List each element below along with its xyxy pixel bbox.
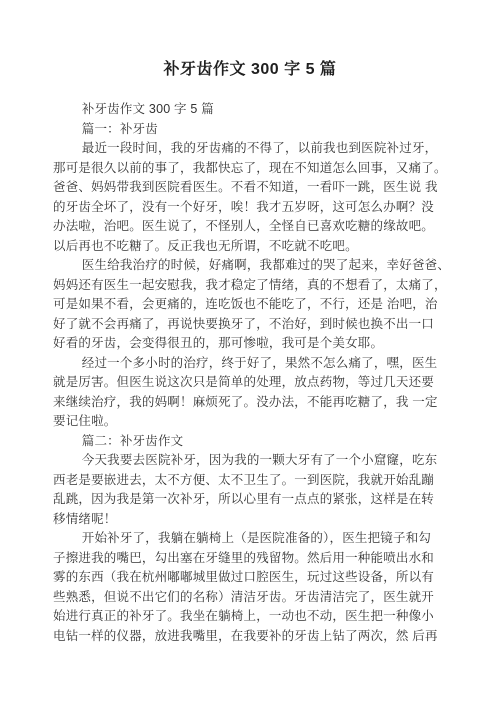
essay-line: 来继续治疗，我的妈啊！麻烦死了。没办法，不能再吃糖了，我 一定 (53, 393, 432, 413)
essay-line: 就是厉害。但医生说这次只是简单的处理，放点药物，等过几天还要 (53, 373, 432, 393)
essay-line: 乱跳，因为我是第一次补牙，所以心里有一点点的紧张，这样是在转 (53, 490, 432, 510)
essay-line: 子擦进我的嘴巴，勾出塞在牙缝里的残留物。然后用一种能喷出水和 (53, 549, 432, 569)
essay-line: 今天我要去医院补牙，因为我的一颗大牙有了一个小窟窿，吃东 (53, 451, 432, 471)
essay-line: 始进行真正的补牙了。我坐在躺椅上，一动也不动，医生把一种像小 (53, 607, 432, 627)
essay-line: 经过一个多小时的治疗，终于好了，果然不怎么痛了，嘿，医生 (53, 354, 432, 374)
essay-line: 好了就不会再痛了，再说快要换牙了，不治好，到时候也换不出一口 (53, 315, 432, 335)
essay-line: 可是如果不看，会更痛的，连吃饭也不能吃了，不行，还是 治吧，治 (53, 295, 432, 315)
essay-line: 爸爸、妈妈带我到医院看医生。不看不知道，一看吓一跳，医生说 我 (53, 178, 432, 198)
essay-line: 补牙齿作文 300 字 5 篇 (53, 100, 432, 120)
essay-line: 那可是很久以前的事了，我都快忘了，现在不知道怎么回事，又痛了。 (53, 159, 432, 179)
essay-line: 的牙齿全坏了，没有一个好牙，唉！我才五岁呀，这可怎么办啊？没 (53, 198, 432, 218)
essay-line: 篇二：补牙齿作文 (53, 432, 432, 452)
essay-line: 办法啦，治吧。医生说了，不怪别人，全怪自已喜欢吃糖的缘故吧。 (53, 217, 432, 237)
essay-line: 些熟悉，但说不出它们的名称）清洁牙齿。牙齿清洁完了，医生就开 (53, 588, 432, 608)
essay-line: 好看的牙齿，会变得很丑的，那可惨啦，我可是个美女耶。 (53, 334, 432, 354)
essay-line: 西老是要嵌进去，太不方便、太不卫生了。一到医院，我就开始乱蹦 (53, 471, 432, 491)
essay-line: 以后再也不吃糖了。反正我也无所谓，不吃就不吃吧。 (53, 237, 432, 257)
essay-line: 雾的东西（我在杭州嘟嘟城里做过口腔医生，玩过这些设备，所以有 (53, 568, 432, 588)
essay-line: 最近一段时间，我的牙齿痛的不得了，以前我也到医院补过牙， (53, 139, 432, 159)
essay-line: 妈妈还有医生一起安慰我，我才稳定了情绪，真的不想看了，太痛了， (53, 276, 432, 296)
essay-line: 电钻一样的仪器，放进我嘴里，在我要补的牙齿上钻了两次，然 后再 (53, 627, 432, 647)
essay-line: 开始补牙了，我躺在躺椅上（是医院准备的），医生把镜子和勾 (53, 529, 432, 549)
document-page: 补牙齿作文 300 字 5 篇 补牙齿作文 300 字 5 篇篇一：补牙齿最近一… (0, 0, 500, 707)
essay-line: 篇一：补牙齿 (53, 120, 432, 140)
essay-line: 要记住啦。 (53, 412, 432, 432)
document-title: 补牙齿作文 300 字 5 篇 (0, 0, 500, 82)
essay-line: 移情绪呢！ (53, 510, 432, 530)
essay-body: 补牙齿作文 300 字 5 篇篇一：补牙齿最近一段时间，我的牙齿痛的不得了，以前… (0, 100, 500, 646)
essay-line: 医生给我治疗的时候，好痛啊，我都难过的哭了起来，幸好爸爸、 (53, 256, 432, 276)
